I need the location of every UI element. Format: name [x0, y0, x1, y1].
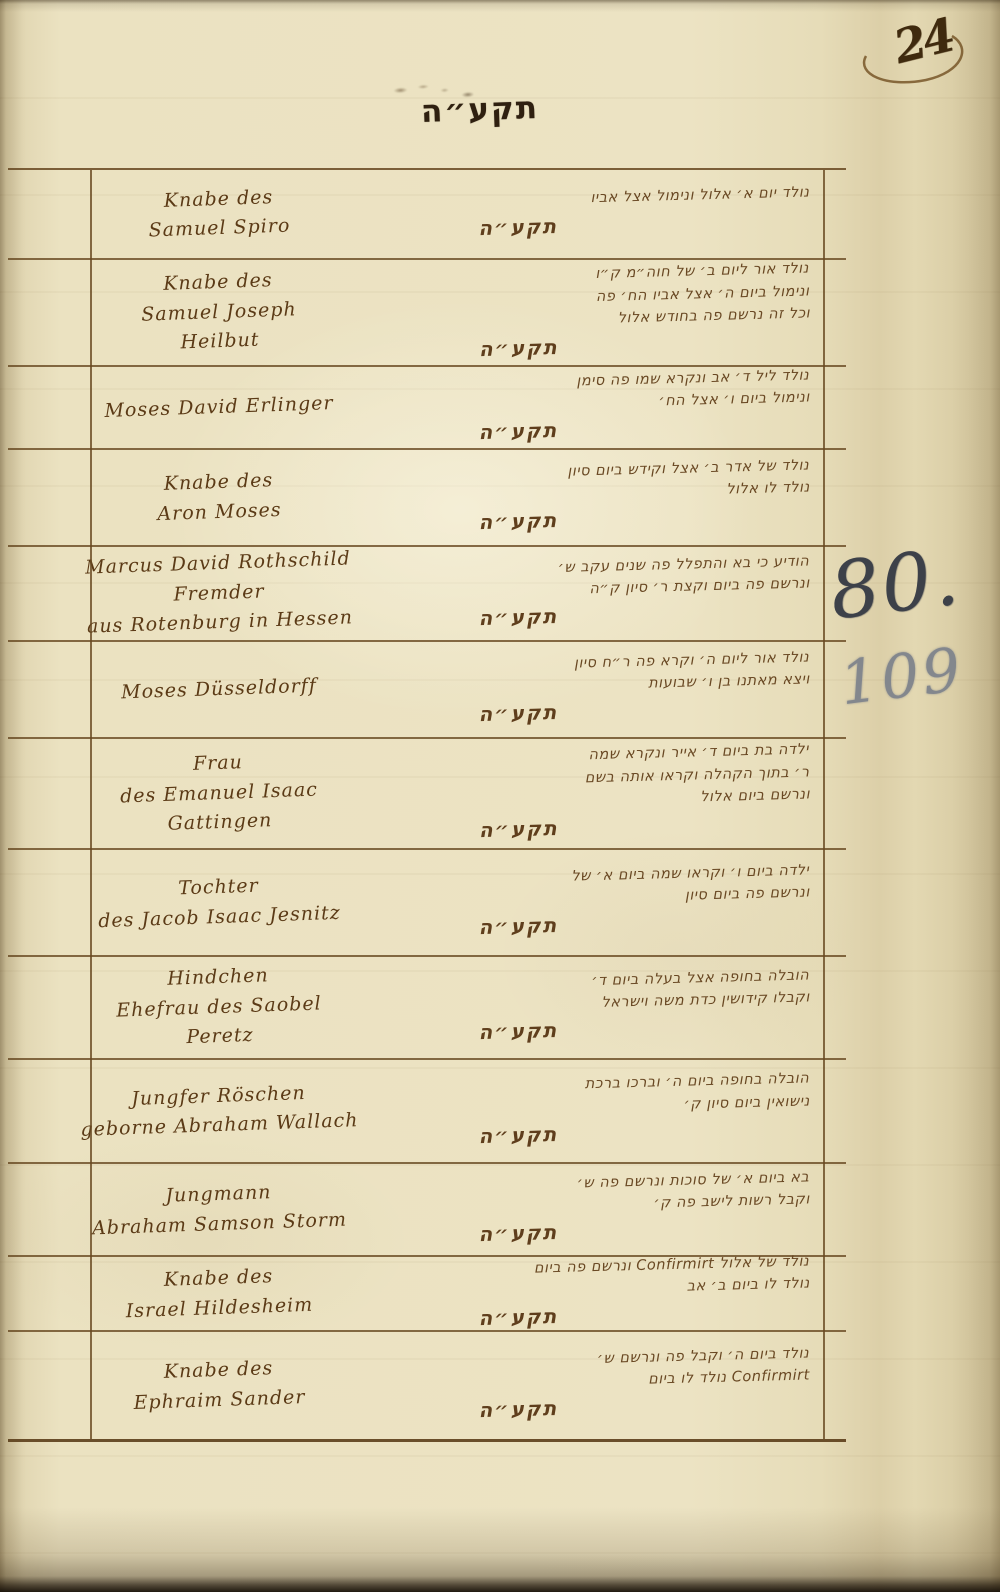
entry-name-line: Frau: [193, 749, 244, 780]
entry-record-hebrew: הובלה בחופה ביום ה׳ וברכו ברכתנישואין בי…: [347, 1053, 847, 1168]
entry-record-hebrew: נולד ליל ד׳ אב ונקרא שמו פה סימןונימול ב…: [347, 360, 847, 454]
entry-record-hebrew: הודיע כי בא והתפלל פה שנים עקב ש׳ונרשם פ…: [347, 540, 847, 646]
row-margin-cell: [8, 1332, 90, 1439]
entry-name: Tochterdes Jacob Isaac Jesnitz: [88, 846, 350, 960]
entry-name-line: Hindchen: [167, 962, 269, 995]
margin-pencil-number-secondary: 109: [836, 635, 967, 720]
register-row: Moses Düsseldorffנולד אור ליום ה׳ וקרא פ…: [8, 642, 846, 739]
entry-name-line: Ephraim Sander: [133, 1383, 306, 1418]
register-row: Knabe desAron Mosesנולד של אדר ב׳ אצל וק…: [8, 450, 846, 547]
register-row: JungmannAbraham Samson Stormבא ביום א׳ ש…: [8, 1164, 846, 1257]
row-margin-cell: [8, 367, 90, 448]
entry-name: Knabe desSamuel Spiro: [89, 166, 350, 263]
entry-name-line: Ehefrau des Saobel: [116, 989, 322, 1026]
row-margin-cell: [8, 1060, 90, 1162]
entry-name-line: des Jacob Isaac Jesnitz: [98, 898, 341, 936]
entry-record-hebrew: הובלה בחופה אצל בעלה ביום ד׳וקבלו קידושי…: [347, 950, 847, 1064]
entry-record-hebrew: נולד של אלול Confirmirt ונרשם פה ביוםנול…: [347, 1250, 847, 1336]
row-margin-cell: [8, 450, 90, 545]
entry-record-hebrew: נולד ביום ה׳ וקבל פה ונרשם ש׳Confirmirt …: [347, 1326, 848, 1446]
register-row: Tochterdes Jacob Isaac Jesnitzילדה ביום …: [8, 850, 846, 957]
entry-name-line: Marcus David Rothschild: [85, 545, 352, 584]
row-margin-cell: [8, 957, 90, 1058]
entry-name-line: Peretz: [186, 1021, 254, 1053]
row-margin-cell: [8, 642, 90, 737]
entry-name: Knabe desSamuel JosephHeilbut: [88, 256, 350, 370]
entry-name-line: Tochter: [178, 872, 259, 904]
entry-record-hebrew: ילדה בת ביום ד׳ אייר ונקרא שמהר׳ בתוך הק…: [347, 733, 848, 855]
entry-record-hebrew: נולד אור ליום ה׳ וקרא פה ר״ח סיוןויצא מא…: [347, 635, 847, 743]
entry-name-line: Samuel Spiro: [148, 212, 291, 246]
register-row: HindchenEhefrau des SaobelPeretzהובלה בח…: [8, 957, 846, 1060]
entry-name-line: Moses Düsseldorff: [121, 671, 318, 707]
entry-name: Knabe desAron Moses: [88, 446, 349, 550]
register-row: Jungfer Röschengeborne Abraham Wallachהו…: [8, 1060, 846, 1164]
entry-record-hebrew: נולד יום א׳ אלול ונימול אצל אביותקע״ה: [347, 163, 847, 264]
row-margin-cell: [8, 1257, 90, 1330]
entry-name: JungmannAbraham Samson Storm: [88, 1160, 349, 1260]
entry-name: Fraudes Emanuel IsaacGattingen: [88, 735, 350, 853]
row-margin-cell: [8, 850, 90, 955]
entry-name-line: Gattingen: [167, 806, 273, 839]
register-row: Moses David Erlingerנולד ליל ד׳ אב ונקרא…: [8, 367, 846, 450]
row-margin-cell: [8, 547, 90, 640]
manuscript-page: תקע״ה 24 Knabe desSamuel Spiroנולד יום א…: [0, 0, 1000, 1592]
entry-name: Knabe desIsrael Hildesheim: [89, 1253, 349, 1335]
register-row: Knabe desSamuel Spiroנולד יום א׳ אלול ונ…: [8, 170, 846, 260]
entry-name-line: Moses David Erlinger: [104, 389, 334, 426]
row-margin-cell: [8, 170, 90, 258]
entry-name: Jungfer Röschengeborne Abraham Wallach: [88, 1056, 349, 1167]
entry-name-line: geborne Abraham Wallach: [80, 1106, 359, 1145]
folio-number: 24: [852, 6, 982, 94]
register-row: Fraudes Emanuel IsaacGattingenילדה בת בי…: [8, 739, 846, 850]
register-table: Knabe desSamuel Spiroנולד יום א׳ אלול ונ…: [8, 168, 846, 1442]
table-rule-right: [823, 170, 825, 1439]
entry-name: Marcus David RothschildFremderaus Rotenb…: [88, 543, 349, 645]
hebrew-year-heading: תקע״ה: [0, 75, 960, 144]
register-row: Knabe desIsrael Hildesheimנולד של אלול C…: [8, 1257, 846, 1332]
entry-name-line: aus Rotenburg in Hessen: [87, 604, 354, 643]
entry-name-line: Knabe des: [163, 1354, 273, 1387]
entry-name-line: Israel Hildesheim: [125, 1290, 313, 1326]
entry-name: Moses David Erlinger: [89, 363, 350, 453]
entry-name-line: Knabe des: [163, 183, 273, 216]
table-rule-left: [90, 170, 92, 1439]
register-row: Knabe desEphraim Sanderנולד ביום ה׳ וקבל…: [8, 1332, 846, 1439]
entry-name: Moses Düsseldorff: [88, 638, 349, 742]
entry-name-line: Jungmann: [165, 1178, 272, 1211]
entry-name-line: Heilbut: [180, 326, 260, 358]
entry-record-hebrew: בא ביום א׳ של סוכות ונרשם פה ש׳וקבל רשות…: [347, 1157, 847, 1261]
row-margin-cell: [8, 739, 90, 848]
entry-record-hebrew: נולד של אדר ב׳ אצל וקידש ביום סיוןנולד ל…: [347, 443, 847, 551]
entry-name-line: Aron Moses: [157, 495, 282, 529]
register-row: Marcus David RothschildFremderaus Rotenb…: [8, 547, 846, 642]
entry-record-hebrew: ילדה ביום ו׳ וקראו שמה ביום א׳ שלונרשם פ…: [347, 843, 848, 961]
entry-record-hebrew: נולד אור ליום ב׳ של חוה״מ ק״וונימול ביום…: [347, 253, 848, 371]
entry-name-line: Abraham Samson Storm: [92, 1205, 348, 1243]
entry-name-line: Knabe des: [163, 1262, 273, 1295]
row-margin-cell: [8, 260, 90, 365]
entry-name-line: Knabe des: [163, 466, 273, 499]
entry-name-line: des Emanuel Isaac: [120, 775, 319, 811]
entry-name: HindchenEhefrau des SaobelPeretz: [88, 953, 349, 1063]
row-margin-cell: [8, 1164, 90, 1255]
entry-name: Knabe desEphraim Sander: [88, 1328, 350, 1444]
entry-name-line: Samuel Joseph: [141, 295, 297, 330]
register-row: Knabe desSamuel JosephHeilbutנולד אור לי…: [8, 260, 846, 367]
entry-name-line: Fremder: [173, 577, 265, 610]
entry-name-line: Knabe des: [163, 266, 273, 299]
